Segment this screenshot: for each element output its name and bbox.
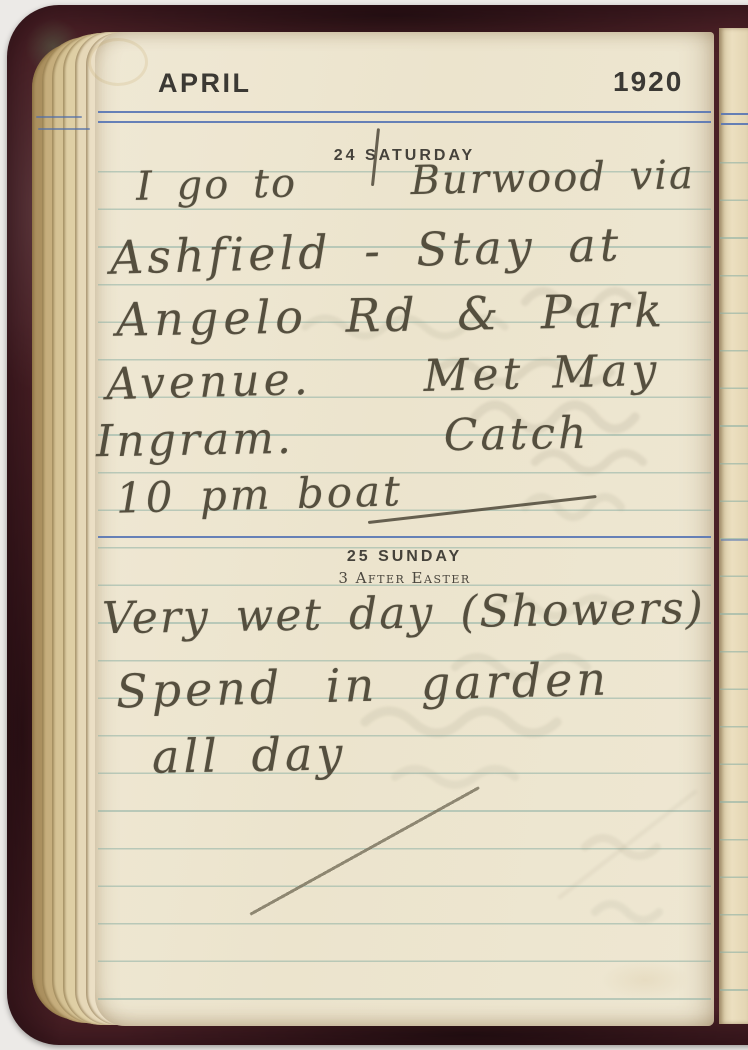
ruled-lines-sliver xyxy=(720,162,748,1018)
month-label: APRIL xyxy=(158,68,252,99)
diary-scan: APRIL 1920 24 SATURDAY 25 SUNDAY 3 After… xyxy=(0,0,748,1050)
header-double-rule-sliver xyxy=(721,113,748,115)
handwriting-line: 10 pm boat xyxy=(115,466,403,522)
header-double-rule xyxy=(98,111,711,113)
handwriting-line: all day xyxy=(152,726,347,783)
handwriting-line: Ingram. Catch xyxy=(96,408,590,468)
handwriting-line: Very wet day (Showers) xyxy=(102,583,706,645)
entry-divider-rule xyxy=(98,536,711,538)
entry-divider-rule-sliver xyxy=(721,539,748,541)
date-header-25-sunday: 25 SUNDAY xyxy=(98,548,711,566)
stack-rule-mark xyxy=(38,128,90,130)
stack-rule-mark xyxy=(36,116,82,118)
header-double-rule-sliver xyxy=(721,123,748,125)
header-double-rule xyxy=(98,121,711,123)
year-label: 1920 xyxy=(613,66,683,98)
handwriting-line: Angelo Rd & Park xyxy=(116,283,668,347)
